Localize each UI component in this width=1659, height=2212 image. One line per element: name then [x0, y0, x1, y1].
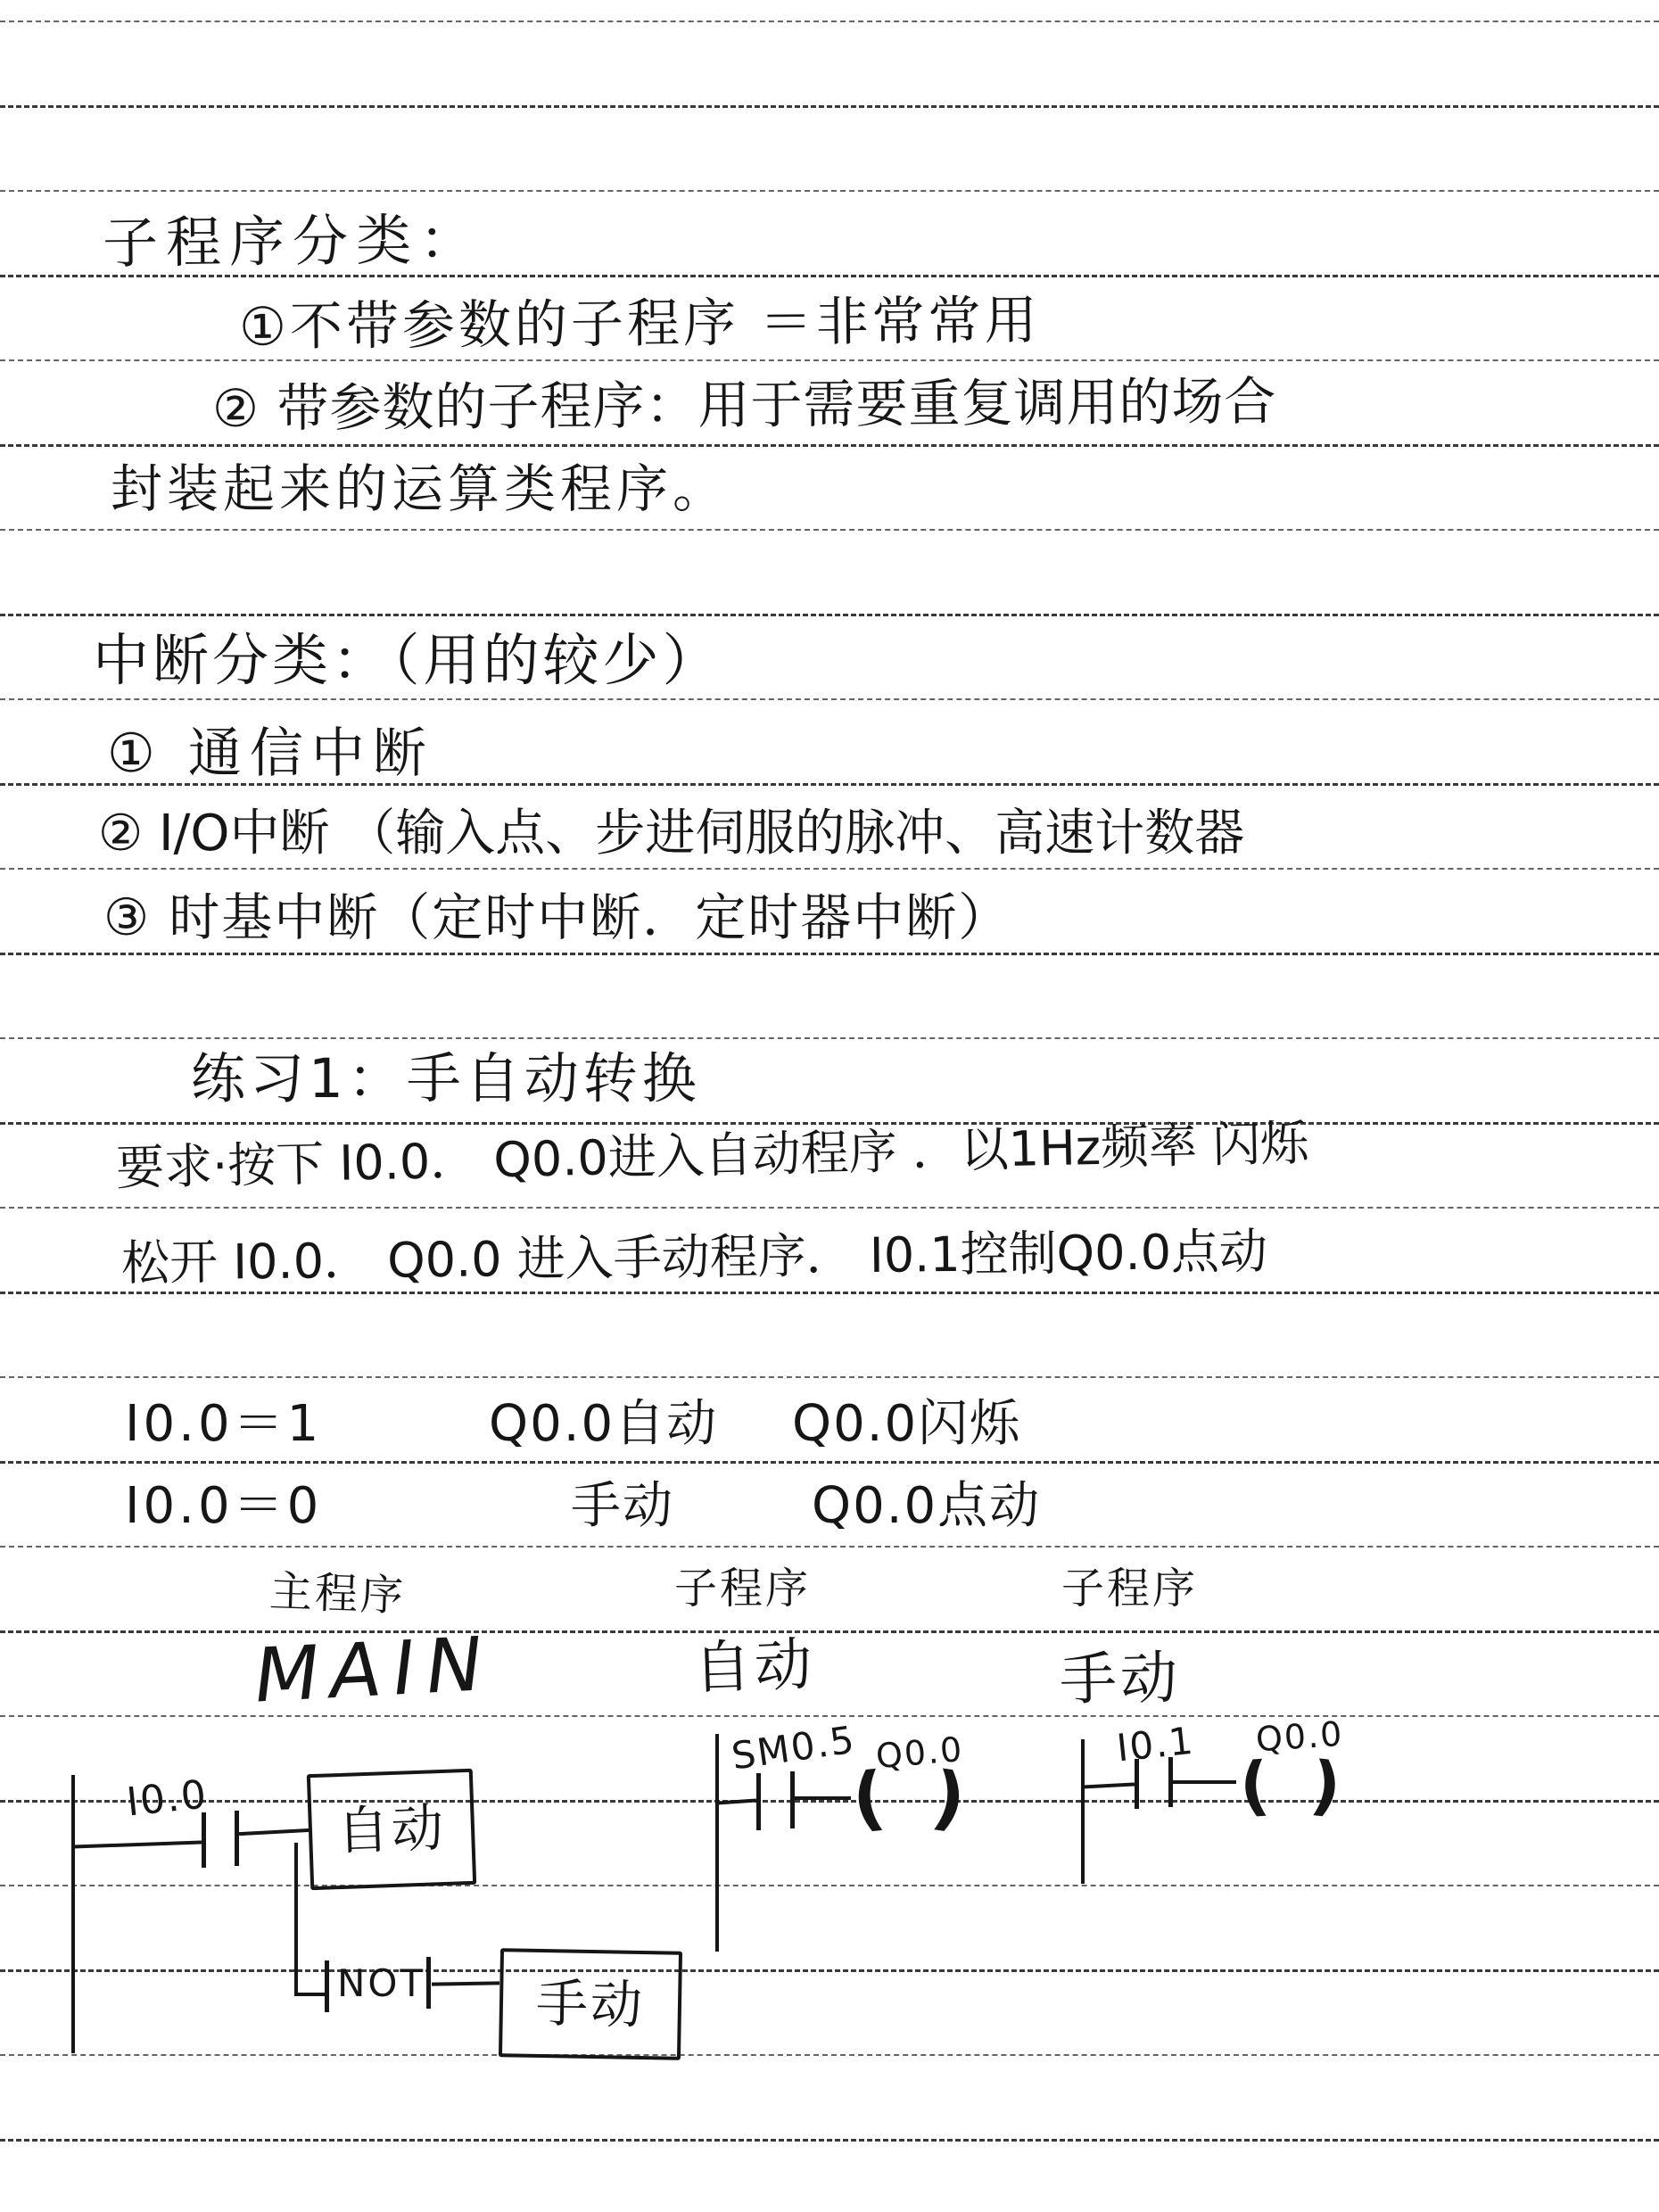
exercise-requirement2: 松开 I0.0． Q0.0 进入手动程序． I0.1控制Q0.0点动 — [121, 1226, 1268, 1289]
truth-row1-output: Q0.0闪烁 — [792, 1399, 1021, 1451]
ruled-line — [0, 529, 1659, 531]
ladder-auto-contact-label: SM0.5 — [730, 1720, 858, 1776]
ladder-main-branch-wire — [294, 1993, 325, 1996]
ladder-manual-coil-label: Q0.0 — [1255, 1717, 1345, 1759]
ruled-line — [0, 190, 1659, 192]
ruled-line — [0, 614, 1659, 616]
ladder-main-wire3 — [432, 1981, 499, 1985]
ladder-auto-contact-bar-left — [756, 1773, 761, 1830]
program1-type: 主程序 — [268, 1569, 407, 1619]
ladder-main-contact-label: I0.0 — [125, 1774, 210, 1823]
program2-type: 子程序 — [674, 1566, 811, 1611]
ladder-manual-coil-open: ( — [1237, 1747, 1272, 1824]
ruled-line — [0, 275, 1659, 277]
ladder-main-branch — [294, 1843, 298, 1996]
ruled-line — [0, 105, 1659, 108]
ladder-main-call-auto-label: 自动 — [336, 1800, 447, 1858]
subroutine-item2: ② 带参数的子程序：用于需要重复调用的场合 — [212, 375, 1277, 436]
program3-type: 子程序 — [1061, 1566, 1198, 1611]
ruled-line — [0, 1969, 1659, 1972]
ladder-auto-rail — [715, 1734, 719, 1952]
ladder-main-not-bar-left — [325, 1960, 329, 2012]
ruled-line — [0, 1461, 1659, 1464]
program2-name: 自动 — [693, 1636, 816, 1700]
ladder-manual-wire2 — [1172, 1780, 1236, 1784]
ladder-auto-coil-label: Q0.0 — [874, 1732, 964, 1775]
interrupt-item3: ③ 时基中断（定时中断．定时器中断） — [103, 892, 1011, 945]
ruled-line — [0, 868, 1659, 870]
ladder-main-not-label: NOT — [337, 1964, 425, 2003]
truth-row1-mode: Q0.0自动 — [489, 1399, 718, 1451]
ruled-line — [0, 1292, 1659, 1294]
ruled-line — [0, 359, 1659, 361]
ladder-main-contact-bar-right — [235, 1811, 239, 1866]
exercise-requirement1: 要求·按下 I0.0． Q0.0进入自动程序 ．以1Hz频率 闪烁 — [116, 1118, 1309, 1194]
ruled-line — [0, 2054, 1659, 2056]
ladder-main-rail — [71, 1775, 75, 2053]
interrupt-title: 中断分类：（用的较少） — [93, 631, 722, 690]
truth-row2-output: Q0.0点动 — [812, 1481, 1041, 1533]
ruled-line — [0, 953, 1659, 955]
ladder-manual-rail — [1081, 1739, 1085, 1884]
ladder-auto-wire2 — [794, 1796, 851, 1800]
ruled-line — [0, 1207, 1659, 1209]
ladder-main-wire2 — [239, 1828, 310, 1836]
program3-name: 手动 — [1059, 1649, 1181, 1712]
ladder-manual-wire1 — [1083, 1782, 1135, 1788]
interrupt-item1: ① 通信中断 — [107, 726, 434, 782]
ruled-line — [0, 698, 1659, 700]
ruled-line — [0, 21, 1659, 22]
program1-name: MAIN — [250, 1624, 499, 1715]
ladder-auto-contact-bar-right — [790, 1771, 795, 1828]
truth-row2-mode: 手动 — [571, 1481, 674, 1533]
ruled-line — [0, 1800, 1659, 1803]
ladder-manual-contact-label: I0.1 — [1115, 1721, 1196, 1769]
ladder-main-wire1 — [73, 1840, 202, 1848]
exercise-title: 练习1：手自动转换 — [191, 1051, 701, 1108]
ladder-manual-contact-bar-left — [1135, 1759, 1139, 1809]
interrupt-item2: ② I/O中断 （输入点、步进伺服的脉冲、高速计数器 — [98, 808, 1244, 861]
ladder-main-call-auto-box: 自动 — [307, 1769, 476, 1890]
truth-row1-input: I0.0＝1 — [125, 1399, 322, 1451]
subroutine-title: 子程序分类： — [103, 210, 483, 273]
notebook-page: 子程序分类： ①不带参数的子程序 ＝非常常用 ② 带参数的子程序：用于需要重复调… — [0, 0, 1659, 2212]
subroutine-item2-continuation: 封装起来的运算类程序。 — [111, 462, 729, 516]
ruled-line — [0, 1630, 1659, 1633]
ruled-line — [0, 1376, 1659, 1378]
ladder-manual-coil-close: ) — [1308, 1747, 1345, 1825]
ladder-main-contact-bar-left — [202, 1812, 206, 1868]
ruled-line — [0, 1885, 1659, 1886]
ruled-line — [0, 2139, 1659, 2142]
ruled-line — [0, 1037, 1659, 1039]
subroutine-item1: ①不带参数的子程序 ＝非常常用 — [239, 293, 1041, 355]
ruled-line — [0, 444, 1659, 447]
truth-row2-input: I0.0＝0 — [125, 1481, 322, 1533]
ladder-main-call-manual-label: 手动 — [535, 1976, 645, 2032]
ladder-main-not-bar-right — [426, 1957, 431, 2009]
ruled-line — [0, 1546, 1659, 1548]
ladder-main-call-manual-box: 手动 — [499, 1948, 682, 2060]
